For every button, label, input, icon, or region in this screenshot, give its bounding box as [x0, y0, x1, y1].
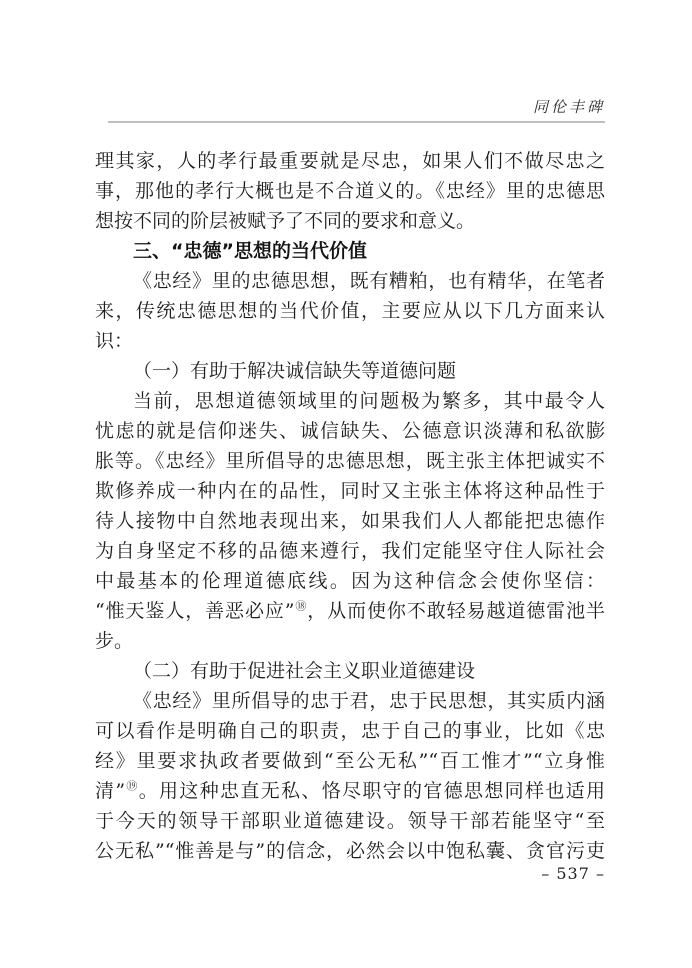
- page-number: – 537 –: [541, 864, 605, 883]
- text-line: 《忠经》里的忠德思想，既有糟粕，也有精华，在笔者看: [95, 266, 605, 296]
- running-head: 同伦丰碑: [533, 98, 605, 116]
- text-line: （二）有助于促进社会主义职业道德建设: [95, 656, 605, 686]
- text-line: 识：: [95, 326, 605, 356]
- text-line: 经》里要求执政者要做到“至公无私”“百工惟才”“立身惟: [95, 746, 605, 776]
- text-line: 欺修养成一种内在的品性，同时又主张主体将这种品性于: [95, 476, 605, 506]
- text-line: 来，传统忠德思想的当代价值，主要应从以下几方面来认: [95, 296, 605, 326]
- text-line: 当前，思想道德领域里的问题极为繁多，其中最令人: [95, 386, 605, 416]
- text-line: （一）有助于解决诚信缺失等道德问题: [95, 356, 605, 386]
- text-body: 理其家，人的孝行最重要就是尽忠，如果人们不做尽忠之事，那他的孝行大概也是不合道义…: [95, 146, 605, 866]
- text-line: 公无私”“惟善是与”的信念，必然会以中饱私囊、贪官污吏: [95, 836, 605, 866]
- text-line: 为自身坚定不移的品德来遵行，我们定能坚守住人际社会: [95, 536, 605, 566]
- text-line: 事，那他的孝行大概也是不合道义的。《忠经》里的忠德思: [95, 176, 605, 206]
- text-line: 胀等。《忠经》里所倡导的忠德思想，既主张主体把诚实不: [95, 446, 605, 476]
- header-rule: [108, 121, 605, 123]
- text-line: 清”⑲。用这种忠直无私、恪尽职守的官德思想同样也适用: [95, 776, 605, 806]
- text-line: 步。: [95, 626, 605, 656]
- page-header: 同伦丰碑: [95, 96, 605, 117]
- text-line: 理其家，人的孝行最重要就是尽忠，如果人们不做尽忠之: [95, 146, 605, 176]
- text-line: 可以看作是明确自己的职责，忠于自己的事业，比如《忠: [95, 716, 605, 746]
- footnote-ref: ⑲: [125, 780, 139, 793]
- text-line: 想按不同的阶层被赋予了不同的要求和意义。: [95, 206, 605, 236]
- text-line: 中最基本的伦理道德底线。因为这种信念会使你坚信：: [95, 566, 605, 596]
- section-heading-line: 三、“忠德”思想的当代价值: [95, 236, 605, 266]
- text-line: 于今天的领导干部职业道德建设。领导干部若能坚守“至: [95, 806, 605, 836]
- text-line: 忧虑的就是信仰迷失、诚信缺失、公德意识淡薄和私欲膨: [95, 416, 605, 446]
- text-line: 待人接物中自然地表现出来，如果我们人人都能把忠德作: [95, 506, 605, 536]
- document-page: 同伦丰碑 理其家，人的孝行最重要就是尽忠，如果人们不做尽忠之事，那他的孝行大概也…: [0, 0, 692, 968]
- text-line: “惟天鉴人，善恶必应”⑱，从而使你不敢轻易越道德雷池半: [95, 596, 605, 626]
- footnote-ref: ⑱: [294, 600, 307, 613]
- page-footer: – 537 –: [95, 864, 605, 883]
- text-line: 《忠经》里所倡导的忠于君，忠于民思想，其实质内涵: [95, 686, 605, 716]
